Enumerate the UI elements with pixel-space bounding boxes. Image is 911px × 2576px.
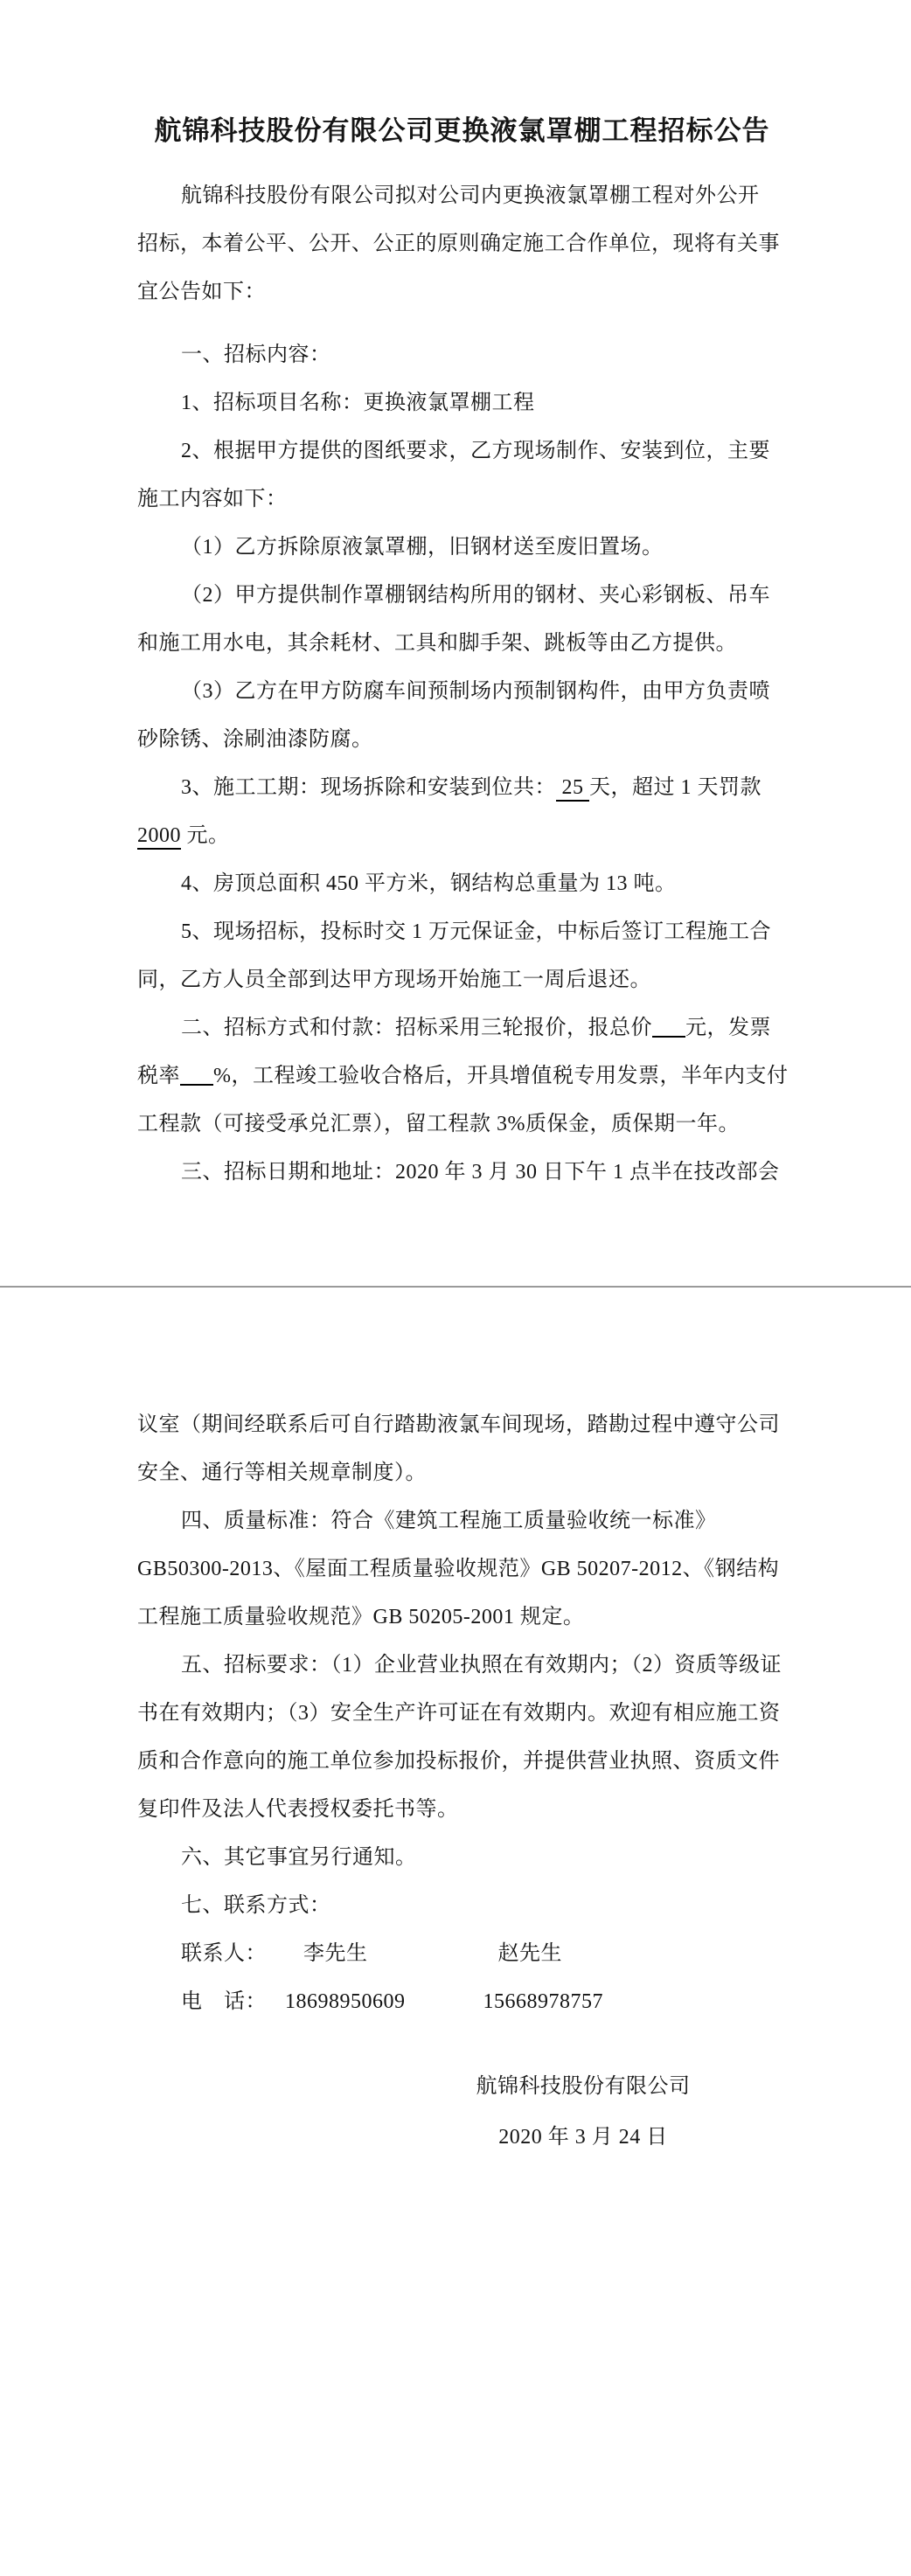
text-segment: 一、招标内容： <box>181 344 331 366</box>
text-line: （2）甲方提供制作罩棚钢结构所用的钢材、夹心彩钢板、吊车 <box>137 572 787 620</box>
text-segment: 砂除锈、涂刷油漆防腐。 <box>137 728 373 751</box>
text-segment: 元。 <box>181 824 230 847</box>
text-segment: 议室（期间经联系后可自行踏勘液氯车间现场，踏勘过程中遵守公司 <box>137 1413 780 1436</box>
text-segment: %，工程竣工验收合格后，开具增值税专用发票，半年内支付 <box>213 1065 789 1087</box>
text-line: 工程款（可接受承兑汇票），留工程款 3%质保金，质保期一年。 <box>137 1101 787 1149</box>
text-segment: 四、质量标准：符合《建筑工程施工质量验收统一标准》 <box>181 1510 717 1532</box>
text-line: 同，乙方人员全部到达甲方现场开始施工一周后退还。 <box>137 956 787 1004</box>
page1-body: 航锦科技股份有限公司拟对公司内更换液氯罩棚工程对外公开招标，本着公平、公开、公正… <box>137 172 787 1197</box>
blank-underline <box>652 1015 685 1038</box>
page2-body: 议室（期间经联系后可自行踏勘液氯车间现场，踏勘过程中遵守公司安全、通行等相关规章… <box>137 1401 787 2026</box>
text-line: 三、招标日期和地址：2020 年 3 月 30 日下午 1 点半在技改部会 <box>137 1149 787 1197</box>
text-line: 招标，本着公平、公开、公正的原则确定施工合作单位，现将有关事 <box>137 220 787 268</box>
text-line: 议室（期间经联系后可自行踏勘液氯车间现场，踏勘过程中遵守公司 <box>137 1401 787 1449</box>
text-segment: （1）乙方拆除原液氯罩棚，旧钢材送至废旧置场。 <box>181 536 664 559</box>
text-line: 六、其它事宜另行通知。 <box>137 1834 787 1882</box>
text-line: 二、招标方式和付款：招标采用三轮报价，报总价元，发票 <box>137 1004 787 1052</box>
text-line: 和施工用水电，其余耗材、工具和脚手架、跳板等由乙方提供。 <box>137 620 787 668</box>
text-segment: （2）甲方提供制作罩棚钢结构所用的钢材、夹心彩钢板、吊车 <box>181 584 770 607</box>
document-title: 航锦科技股份有限公司更换液氯罩棚工程招标公告 <box>137 111 787 151</box>
text-line: 4、房顶总面积 450 平方米，钢结构总重量为 13 吨。 <box>137 860 787 908</box>
text-segment: GB50300-2013、《屋面工程质量验收规范》GB 50207-2012、《… <box>137 1558 779 1580</box>
text-segment: 二、招标方式和付款：招标采用三轮报价，报总价 <box>181 1017 652 1039</box>
underlined-text: 2000 <box>137 824 181 850</box>
text-segment: 3、施工工期：现场拆除和安装到位共： <box>181 776 556 799</box>
text-line: 1、招标项目名称：更换液氯罩棚工程 <box>137 379 787 427</box>
signature-company: 航锦科技股份有限公司 <box>350 2061 817 2112</box>
text-line: 2、根据甲方提供的图纸要求，乙方现场制作、安装到位，主要 <box>137 427 787 476</box>
blank-underline <box>180 1063 213 1086</box>
text-segment: 5、现场招标，投标时交 1 万元保证金，中标后签订工程施工合 <box>181 920 771 943</box>
text-line: 施工内容如下： <box>137 476 787 524</box>
text-segment: （3）乙方在甲方防腐车间预制场内预制钢构件，由甲方负责喷 <box>181 680 770 703</box>
text-line: 3、施工工期：现场拆除和安装到位共： 25 天，超过 1 天罚款 <box>137 764 787 812</box>
text-segment: 4、房顶总面积 450 平方米，钢结构总重量为 13 吨。 <box>181 872 677 895</box>
text-segment: 复印件及法人代表授权委托书等。 <box>137 1798 459 1821</box>
text-segment: 三、招标日期和地址：2020 年 3 月 30 日下午 1 点半在技改部会 <box>181 1161 780 1184</box>
text-segment: 电 话： <box>181 1990 267 2013</box>
text-segment: 天，超过 1 天罚款 <box>589 776 761 799</box>
text-line: （1）乙方拆除原液氯罩棚，旧钢材送至废旧置场。 <box>137 524 787 572</box>
text-segment: 联系人： <box>181 1942 267 1965</box>
underlined-text: 25 <box>556 776 589 802</box>
text-segment: 五、招标要求：（1）企业营业执照在有效期内；（2）资质等级证 <box>181 1654 782 1677</box>
text-line: 质和合作意向的施工单位参加投标报价，并提供营业执照、资质文件 <box>137 1738 787 1786</box>
text-segment: 航锦科技股份有限公司拟对公司内更换液氯罩棚工程对外公开 <box>181 184 760 207</box>
text-segment: 同，乙方人员全部到达甲方现场开始施工一周后退还。 <box>137 969 651 991</box>
document-canvas: 航锦科技股份有限公司更换液氯罩棚工程招标公告 航锦科技股份有限公司拟对公司内更换… <box>0 0 911 2576</box>
text-segment: 15668978757 <box>483 1990 604 2013</box>
text-segment: 宜公告如下： <box>137 281 266 303</box>
text-segment: 质和合作意向的施工单位参加投标报价，并提供营业执照、资质文件 <box>137 1750 780 1773</box>
page-separator-line <box>0 1286 911 1288</box>
text-segment: 元，发票 <box>685 1017 771 1039</box>
text-segment: 税率 <box>137 1065 180 1087</box>
text-line: 电 话：1869895060915668978757 <box>137 1978 787 2026</box>
text-line: GB50300-2013、《屋面工程质量验收规范》GB 50207-2012、《… <box>137 1545 787 1594</box>
text-line: 砂除锈、涂刷油漆防腐。 <box>137 716 787 764</box>
text-line: 联系人：李先生赵先生 <box>137 1930 787 1978</box>
text-segment: 2、根据甲方提供的图纸要求，乙方现场制作、安装到位，主要 <box>181 440 770 462</box>
text-segment: 和施工用水电，其余耗材、工具和脚手架、跳板等由乙方提供。 <box>137 632 737 655</box>
text-line: 安全、通行等相关规章制度）。 <box>137 1449 787 1497</box>
text-line: 5、现场招标，投标时交 1 万元保证金，中标后签订工程施工合 <box>137 908 787 956</box>
text-line: 2000 元。 <box>137 812 787 860</box>
text-segment: 18698950609 <box>285 1990 406 2013</box>
text-segment: 书在有效期内；（3）安全生产许可证在有效期内。欢迎有相应施工资 <box>137 1702 781 1725</box>
text-line: 书在有效期内；（3）安全生产许可证在有效期内。欢迎有相应施工资 <box>137 1690 787 1738</box>
text-line: 航锦科技股份有限公司拟对公司内更换液氯罩棚工程对外公开 <box>137 172 787 220</box>
text-segment: 安全、通行等相关规章制度）。 <box>137 1462 427 1484</box>
text-segment: 六、其它事宜另行通知。 <box>181 1846 417 1869</box>
text-line: 复印件及法人代表授权委托书等。 <box>137 1786 787 1834</box>
text-segment: 招标，本着公平、公开、公正的原则确定施工合作单位，现将有关事 <box>137 233 780 255</box>
text-segment: 工程款（可接受承兑汇票），留工程款 3%质保金，质保期一年。 <box>137 1113 740 1135</box>
text-line: 七、联系方式： <box>137 1882 787 1930</box>
text-line: 一、招标内容： <box>137 331 787 379</box>
text-segment: 1、招标项目名称：更换液氯罩棚工程 <box>181 392 535 414</box>
text-line: 税率%，工程竣工验收合格后，开具增值税专用发票，半年内支付 <box>137 1052 787 1101</box>
text-segment: 赵先生 <box>498 1942 563 1965</box>
signature-block: 航锦科技股份有限公司 2020 年 3 月 24 日 <box>350 2061 817 2163</box>
text-line: 四、质量标准：符合《建筑工程施工质量验收统一标准》 <box>137 1497 787 1545</box>
text-segment: 工程施工质量验收规范》GB 50205-2001 规定。 <box>137 1606 584 1628</box>
text-segment: 李先生 <box>303 1942 368 1965</box>
signature-date: 2020 年 3 月 24 日 <box>350 2112 817 2163</box>
text-segment: 施工内容如下： <box>137 488 288 510</box>
text-line: 五、招标要求：（1）企业营业执照在有效期内；（2）资质等级证 <box>137 1642 787 1690</box>
text-line: 宜公告如下： <box>137 268 787 316</box>
text-line: （3）乙方在甲方防腐车间预制场内预制钢构件，由甲方负责喷 <box>137 668 787 716</box>
text-line: 工程施工质量验收规范》GB 50205-2001 规定。 <box>137 1594 787 1642</box>
text-segment: 七、联系方式： <box>181 1894 331 1917</box>
